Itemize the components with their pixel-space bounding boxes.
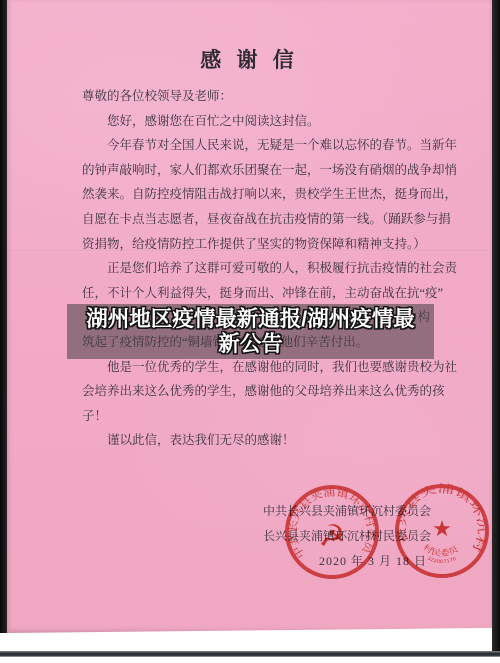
hammer-sickle-icon: ☭ bbox=[319, 519, 346, 554]
letter-body-line: 您好，感谢您在百忙之中阅读这封信。 bbox=[82, 109, 430, 134]
letter-body-line: 任，不计个人利益得失，挺身而出、冲锋在前，主动奋战在抗“疫” bbox=[82, 281, 430, 306]
village-committee-seal: 长兴县夹浦镇环沉村 ★ 村民委员会 3220071702 bbox=[392, 481, 492, 581]
star-icon: ★ bbox=[432, 517, 452, 542]
letter-body-line: 会培养出来这么优秀的学生，感谢他的父母培养出来这么优秀的孩 bbox=[82, 379, 430, 404]
photo-bottom-edge bbox=[0, 651, 500, 657]
letter-body-line: 然袭来。自防控疫情阻击战打响以来，贵校学生王世杰，挺身而出， bbox=[82, 182, 430, 207]
party-committee-seal: 中共长兴县夹浦镇环沉村委员会 ☭ bbox=[282, 482, 382, 582]
headline-overlay: 湖州地区疫情最新通报/湖州疫情最 新公告 bbox=[67, 304, 434, 359]
letter-body-line: 的钟声敲响时，家人们都欢乐团聚在一起，一场没有硝烟的战争却悄 bbox=[82, 158, 430, 183]
letter-title: 感 谢 信 bbox=[7, 44, 492, 74]
photo-right-edge bbox=[492, 0, 500, 657]
headline-line-1: 湖州地区疫情最新通报/湖州疫情最 bbox=[86, 307, 414, 332]
letter-body-line: 今年春节对全国人民来说，无疑是一个难以忘怀的春节。当新年 bbox=[82, 133, 430, 158]
letter-body-line: 尊敬的各位校领导及老师： bbox=[82, 84, 430, 109]
letter-body-line: 资捐物，给疫情防控工作提供了坚实的物资保障和精神支持。） bbox=[82, 232, 430, 257]
photo-left-edge bbox=[0, 0, 7, 633]
letter-body-line: 正是您们培养了这群可爱可敬的人，积极履行抗击疫情的社会责 bbox=[82, 256, 430, 281]
letter-body-line: 子！ bbox=[82, 404, 430, 429]
headline-line-2: 新公告 bbox=[218, 332, 283, 357]
letter-body-line: 自愿在卡点当志愿者，昼夜奋战在抗击疫情的第一线。（踊跃参与捐 bbox=[82, 207, 430, 232]
letter-body-line: 谨以此信，表达我们无尽的感谢！ bbox=[82, 428, 430, 453]
letter-body: 尊敬的各位校领导及老师：您好，感谢您在百忙之中阅读这封信。今年春节对全国人民来说… bbox=[82, 84, 430, 453]
